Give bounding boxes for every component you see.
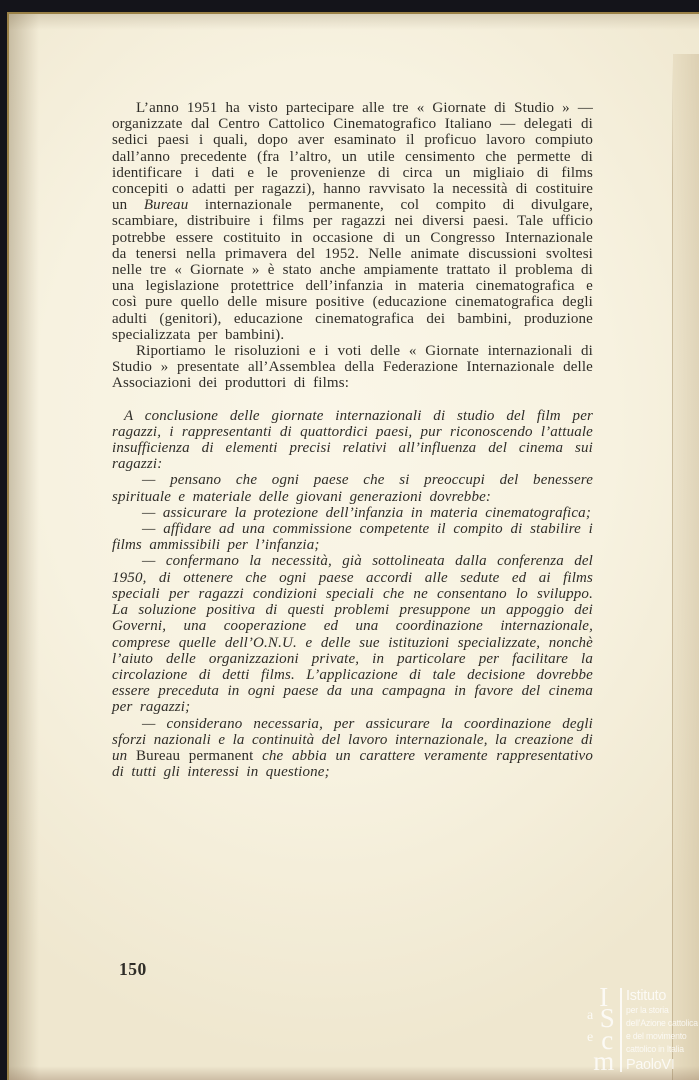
gutter-shadow [9, 14, 39, 1080]
scanned-book-page: L’anno 1951 ha visto partecipare alle tr… [0, 0, 699, 1080]
bureau-italic: Bureau [144, 197, 189, 213]
paragraph-text: internazionale permanente, col compito d… [112, 197, 593, 343]
page-number: 150 [119, 959, 147, 980]
paragraph-text: — assicurare la protezione dell’infanzia… [142, 505, 591, 521]
paragraph-conclusione: A conclusione delle giornate internazion… [112, 408, 593, 473]
isacem-letter-i: I [599, 982, 608, 1012]
top-edge-shade [9, 14, 699, 30]
paragraph-affidare: — affidare ad una commissione competente… [112, 521, 593, 553]
isacem-letter-row: ec [589, 1031, 618, 1051]
paragraph-pensano: — pensano che ogni paese che si preoccup… [112, 472, 593, 504]
bureau-permanent-roman: Bureau permanent [136, 748, 254, 764]
isacem-letter-row: aS [589, 1009, 618, 1029]
right-edge-band [673, 54, 699, 1080]
isacem-letter-s: S [600, 1003, 615, 1033]
paragraph-text: — confermano la necessità, già sottoline… [112, 553, 593, 715]
isacem-letter-a: a [587, 1007, 593, 1025]
paragraph-text: A conclusione delle giornate internazion… [112, 408, 593, 473]
bottom-edge-shade [9, 1066, 699, 1080]
text-block: L’anno 1951 ha visto partecipare alle tr… [112, 100, 593, 780]
paragraph-text: — pensano che ogni paese che si preoccup… [112, 472, 593, 504]
isacem-letter-c: c [601, 1025, 613, 1055]
isacem-logo-letters: I aS ec m [589, 988, 618, 1072]
isacem-letter-row: I [589, 988, 618, 1008]
paragraph-intro: L’anno 1951 ha visto partecipare alle tr… [112, 100, 593, 343]
isacem-letter-e: e [587, 1029, 593, 1047]
paragraph-riportiamo: Riportiamo le risoluzioni e i voti delle… [112, 343, 593, 392]
page-paper: L’anno 1951 ha visto partecipare alle tr… [7, 12, 699, 1080]
paragraph-assicurare: — assicurare la protezione dell’infanzia… [112, 505, 593, 521]
paragraph-text: — affidare ad una commissione competente… [112, 521, 593, 553]
isacem-logo-divider [620, 988, 622, 1072]
paragraph-confermano: — confermano la necessità, già sottoline… [112, 553, 593, 715]
paragraph-text: Riportiamo le risoluzioni e i voti delle… [112, 343, 593, 391]
paragraph-considerano: — considerano necessaria, per assicurare… [112, 716, 593, 781]
